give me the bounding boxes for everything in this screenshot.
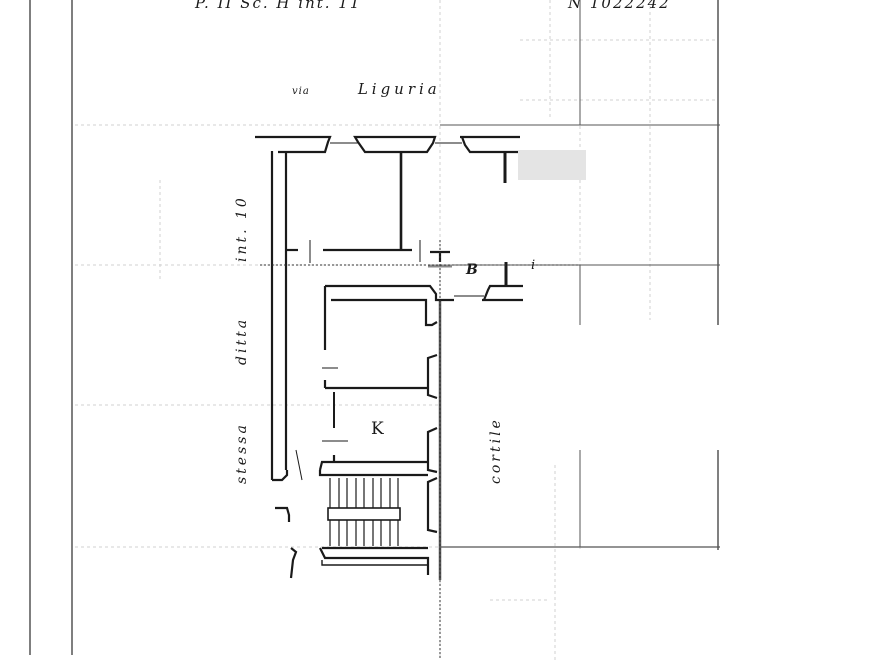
graph-paper-grid <box>75 0 720 660</box>
street-name: Liguria <box>358 80 441 98</box>
shaded-area <box>518 150 586 180</box>
adjacent-unit-number-label: int. 10 <box>234 195 250 262</box>
adjacent-same-label: stessa <box>234 422 250 484</box>
floor-plan-drawing <box>0 0 893 670</box>
kitchen-room-label: K <box>371 419 386 439</box>
street-name-label: viaLiguria <box>292 80 441 98</box>
sheet-reference-label: P. II Sc. H int. 11 <box>195 0 361 12</box>
sheet-frame <box>30 0 720 655</box>
street-prefix: via <box>292 86 310 97</box>
bathroom-room-label: B <box>466 262 480 278</box>
courtyard-label: cortile <box>488 417 504 484</box>
document-number-label: N 1022242 <box>568 0 671 12</box>
stair-treads <box>328 478 400 546</box>
adjacent-owner-label: ditta <box>234 317 250 365</box>
entry-mark-label: i <box>531 258 537 273</box>
